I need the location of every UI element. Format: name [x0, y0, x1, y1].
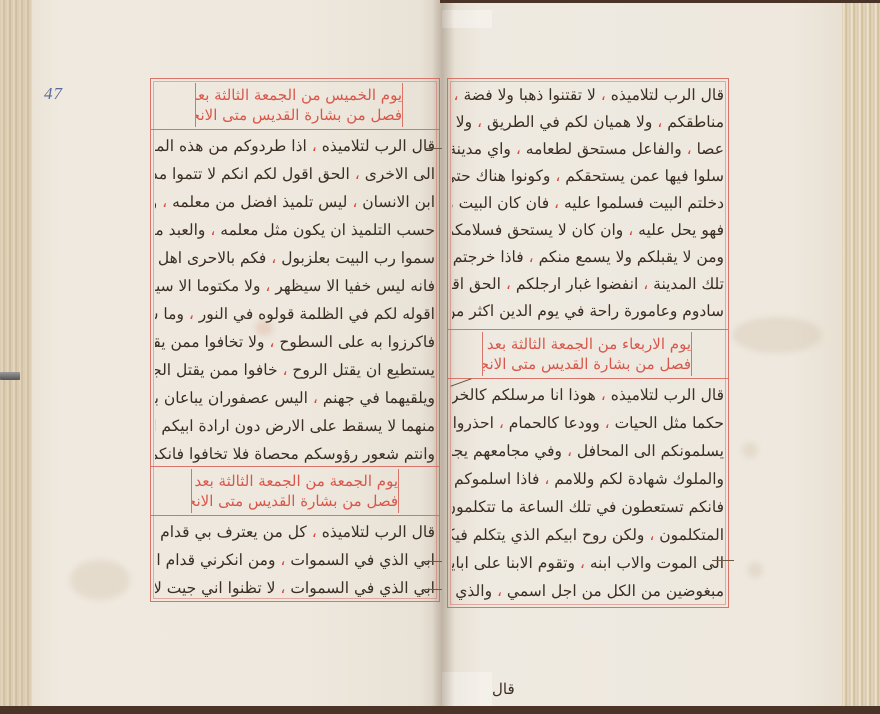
- text-line: قال الرب لتلاميذه ، كل من يعترف بي قدام …: [155, 520, 435, 544]
- text-line: الى الموت والاب ابنه ، وتقوم الابنا على …: [452, 551, 724, 575]
- verse-separator-mark: ،: [499, 414, 504, 432]
- verse-separator-mark: ،: [506, 275, 511, 293]
- verse-separator-mark: ،: [282, 361, 287, 379]
- catchword: قال: [492, 680, 515, 698]
- rubric-heading-box: يوم الاربعاء من الجمعة الثالثة بعد العنص…: [482, 332, 692, 376]
- rubric-line: يوم الخميس من الجمعة الثالثة بعد العنصرة: [196, 85, 402, 105]
- paper-stain: [732, 317, 822, 353]
- verse-separator-mark: ،: [477, 113, 482, 131]
- text-line: قال الرب لتلاميذه ، لا تقتنوا ذهبا ولا ف…: [452, 83, 724, 107]
- rubric-line: يوم الجمعة من الجمعة الثالثة بعد العنصرة: [192, 471, 398, 491]
- verse-separator-mark: ،: [643, 275, 648, 293]
- text-line: يسلمونكم الى المحافل ، وفي مجامعهم يجلدو…: [452, 439, 724, 463]
- right-text-frame: قال الرب لتلاميذه ، لا تقتنوا ذهبا ولا ف…: [447, 78, 729, 608]
- left-page: 47 يوم الخميس من الجمعة الثالثة بعد العن…: [0, 0, 442, 708]
- text-line: يستطيع ان يقتل الروح ، خافوا ممن يقتل ال…: [155, 358, 435, 382]
- verse-separator-mark: ،: [544, 470, 549, 488]
- rubric-heading-box: يوم الخميس من الجمعة الثالثة بعد العنصرة…: [195, 83, 403, 127]
- verse-separator-mark: ،: [657, 113, 662, 131]
- ruling-mark: [712, 560, 734, 561]
- verse-separator-mark: ،: [352, 193, 357, 211]
- verse-separator-mark: ،: [687, 140, 692, 158]
- verse-separator-mark: ،: [210, 221, 215, 239]
- verse-separator-mark: ،: [189, 305, 194, 323]
- verse-separator-mark: ،: [529, 248, 534, 266]
- left-page-fore-edge: [0, 0, 32, 708]
- text-line: حكما مثل الحيات ، وودعا كالحمام ، احذروا…: [452, 411, 724, 435]
- text-line: مناطقكم ، ولا هميان لكم في الطريق ، ولا …: [452, 110, 724, 134]
- verse-separator-mark: ،: [554, 194, 559, 212]
- text-line: المتكلمون ، ولكن روح ابيكم الذي يتكلم في…: [452, 523, 724, 547]
- verse-separator-mark: ،: [628, 221, 633, 239]
- text-line: فهو يحل عليه ، وان كان لا يستحق فسلامكم …: [452, 218, 724, 242]
- text-line: ويلقيهما في جهنم ، اليس عصفوران يباعان ب…: [155, 386, 435, 410]
- text-line: ابي الذي في السموات ، ومن انكرني قدام ال…: [155, 548, 435, 572]
- verse-separator-mark: ،: [555, 167, 560, 185]
- rubric-heading: يوم الخميس من الجمعة الثالثة بعد العنصرة…: [151, 81, 439, 130]
- verse-separator-mark: ،: [312, 523, 317, 541]
- rubric-line: فصل من بشارة القديس متى الانجيلي: [483, 354, 691, 374]
- verse-separator-mark: ،: [454, 86, 459, 104]
- manuscript-spread: 47 يوم الخميس من الجمعة الثالثة بعد العن…: [0, 0, 880, 714]
- text-line: قال الرب لتلاميذه ، اذا طردوكم من هذه ال…: [155, 134, 435, 158]
- binding-top: [440, 0, 880, 3]
- text-line: تلك المدينة ، انفضوا غبار ارجلكم ، الحق …: [452, 272, 724, 296]
- verse-separator-mark: ،: [580, 554, 585, 572]
- text-line: منهما لا يسقط على الارض دون ارادة ابيكم …: [155, 414, 435, 438]
- verse-separator-mark: ،: [162, 193, 167, 211]
- text-line: فاكرزوا به على السطوح ، ولا تخافوا ممن ي…: [155, 330, 435, 354]
- verse-separator-mark: ،: [313, 389, 318, 407]
- rubric-heading: يوم الجمعة من الجمعة الثالثة بعد العنصرة…: [151, 466, 439, 516]
- text-line: حسب التلميذ ان يكون مثل معلمه ، والعبد م…: [155, 218, 435, 242]
- text-line: والملوك شهادة لكم وللامم ، فاذا اسلموكم …: [452, 467, 724, 491]
- text-line: قال الرب لتلاميذه ، هوذا انا مرسلكم كالخ…: [452, 383, 724, 407]
- verse-separator-mark: ،: [280, 579, 285, 597]
- text-line: سموا رب البيت بعلزبول ، فكم بالاحرى اهل …: [155, 246, 435, 270]
- verse-separator-mark: ،: [497, 582, 502, 600]
- verse-separator-mark: ،: [355, 165, 360, 183]
- verse-separator-mark: ،: [601, 386, 606, 404]
- text-line: فانه ليس خفيا الا سيظهر ، ولا مكتوما الا…: [155, 274, 435, 298]
- text-line: دخلتم البيت فسلموا عليه ، فان كان البيت …: [452, 191, 724, 215]
- right-page-fore-edge: [842, 2, 880, 708]
- rubric-heading: يوم الاربعاء من الجمعة الثالثة بعد العنص…: [448, 329, 728, 379]
- rubric-heading-box: يوم الجمعة من الجمعة الثالثة بعد العنصرة…: [191, 469, 399, 513]
- text-line: ابي الذي في السموات ، لا تظنوا اني جيت ل…: [155, 576, 435, 600]
- text-line: سادوم وعامورة راحة في يوم الدين اكثر من …: [452, 299, 724, 323]
- text-line: ابن الانسان ، ليس تلميذ افضل من معلمه ، …: [155, 190, 435, 214]
- text-line: عصا ، والفاعل مستحق لطعامه ، واي مدينة ا…: [452, 137, 724, 161]
- text-line: الى الاخرى ، الحق اقول لكم انكم لا تتموا…: [155, 162, 435, 186]
- verse-separator-mark: ،: [265, 277, 270, 295]
- verse-separator-mark: ،: [516, 140, 521, 158]
- text-line: سلوا فيها عمن يستحقكم ، وكونوا هناك حتى …: [452, 164, 724, 188]
- verse-separator-mark: ،: [312, 137, 317, 155]
- text-line: ومن لا يقبلكم ولا يسمع منكم ، فاذا خرجتم…: [452, 245, 724, 269]
- verse-separator-mark: ،: [649, 526, 654, 544]
- right-page: قال الرب لتلاميذه ، لا تقتنوا ذهبا ولا ف…: [442, 2, 880, 708]
- binding-bottom: [0, 706, 880, 714]
- verse-separator-mark: ،: [605, 414, 610, 432]
- left-text-frame: يوم الخميس من الجمعة الثالثة بعد العنصرة…: [150, 78, 440, 602]
- rubric-line: فصل من بشارة القديس متى الانجيلي: [196, 105, 402, 125]
- folio-number: 47: [44, 84, 63, 104]
- paper-stain: [742, 442, 758, 458]
- metal-clip: [0, 372, 20, 380]
- rubric-line: يوم الاربعاء من الجمعة الثالثة بعد العنص…: [483, 334, 691, 354]
- text-line: فانكم تستعطون في تلك الساعة ما تتكلمون ب…: [452, 495, 724, 519]
- paper-stain: [747, 562, 763, 578]
- gutter: [432, 0, 454, 714]
- text-line: اقوله لكم في الظلمة قولوه في النور ، وما…: [155, 302, 435, 326]
- verse-separator-mark: ،: [269, 333, 274, 351]
- rubric-line: فصل من بشارة القديس متى الانجيلي: [192, 491, 398, 511]
- verse-separator-mark: ،: [271, 249, 276, 267]
- paper-stain: [70, 560, 130, 600]
- verse-separator-mark: ،: [567, 442, 572, 460]
- text-line: مبغوضين من الكل من اجل اسمي ، والذي يصبر…: [452, 579, 724, 603]
- text-line: وانتم شعور رؤوسكم محصاة فلا تخافوا فانكم…: [155, 442, 435, 466]
- verse-separator-mark: ،: [280, 551, 285, 569]
- verse-separator-mark: ،: [601, 86, 606, 104]
